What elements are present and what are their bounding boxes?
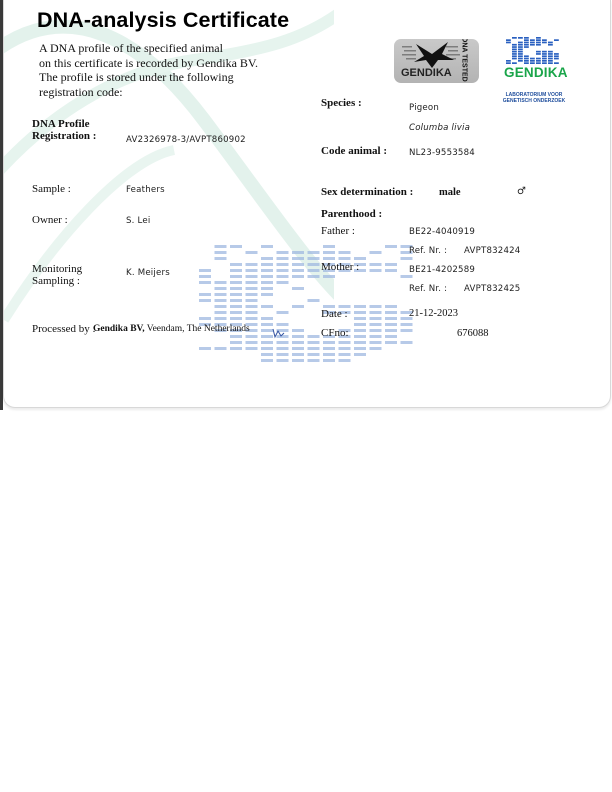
badge-side-text: DNA TESTED <box>460 39 467 82</box>
code-animal-label: Code animal : <box>321 145 387 157</box>
species-common: Pigeon <box>409 103 439 113</box>
pigeon-silhouette-icon <box>402 42 464 68</box>
registration-label-2: Registration : <box>32 130 96 142</box>
monitoring-label-1: Monitoring <box>32 263 82 275</box>
mother-value: BE21-4202589 <box>409 265 475 275</box>
owner-value: S. Lei <box>126 216 150 226</box>
processed-label: Processed by : <box>32 323 96 335</box>
intro-line: A DNA profile of the specified animal <box>39 41 258 56</box>
certificate: DNA-analysis Certificate A DNA profile o… <box>3 0 611 408</box>
processed-location: Veendam, The Netherlands <box>145 324 250 334</box>
processed-value: Gendika BV, Veendam, The Netherlands <box>93 324 250 334</box>
code-animal-value: NL23-9553584 <box>409 148 475 158</box>
intro-line: on this certificate is recorded by Gendi… <box>39 56 258 71</box>
species-latin: Columba livia <box>409 123 470 133</box>
cfno-label: CFno: <box>321 327 349 339</box>
sample-value: Feathers <box>126 185 165 195</box>
intro-text: A DNA profile of the specified animal on… <box>39 41 258 99</box>
signature-mark-icon <box>272 325 286 339</box>
badge-brand: GENDIKA <box>401 67 452 79</box>
father-label: Father : <box>321 225 355 237</box>
monitoring-value: K. Meijers <box>126 268 170 278</box>
date-value: 21-12-2023 <box>409 308 458 319</box>
logo-subtitle-line: GENETISCH ONDERZOEK <box>498 98 570 104</box>
intro-line: registration code: <box>39 85 258 100</box>
species-label: Species : <box>321 97 362 109</box>
father-value: BE22-4040919 <box>409 227 475 237</box>
processed-company: Gendika BV, <box>93 324 145 334</box>
logo-brand: GENDIKA <box>504 65 564 80</box>
sex-value: male <box>439 187 461 198</box>
monitoring-label-2: Sampling : <box>32 275 80 287</box>
mother-ref-label: Ref. Nr. : <box>409 284 447 294</box>
gendika-logo: GENDIKA LABORATORIUM VOOR GENETISCH ONDE… <box>504 37 564 107</box>
parenthood-label: Parenthood : <box>321 208 382 220</box>
mother-ref-value: AVPT832425 <box>464 284 520 294</box>
mother-label: Mother : <box>321 261 359 273</box>
logo-subtitle: LABORATORIUM VOOR GENETISCH ONDERZOEK <box>498 92 570 104</box>
registration-label-1: DNA Profile <box>32 118 90 130</box>
sex-label: Sex determination : <box>321 186 413 198</box>
owner-label: Owner : <box>32 214 68 226</box>
cfno-value: 676088 <box>457 328 489 339</box>
intro-line: The profile is stored under the followin… <box>39 70 258 85</box>
registration-value: AV2326978-3/AVPT860902 <box>126 135 246 145</box>
date-label: Date : <box>321 308 348 320</box>
sample-label: Sample : <box>32 183 71 195</box>
dna-tested-badge: GENDIKA DNA TESTED <box>394 39 479 83</box>
gendika-logo-watermark <box>199 245 419 365</box>
father-ref-value: AVPT832424 <box>464 246 520 256</box>
gendika-g-icon <box>506 37 562 65</box>
male-symbol-icon: ♂ <box>517 186 526 197</box>
father-ref-label: Ref. Nr. : <box>409 246 447 256</box>
document-title: DNA-analysis Certificate <box>37 8 289 33</box>
